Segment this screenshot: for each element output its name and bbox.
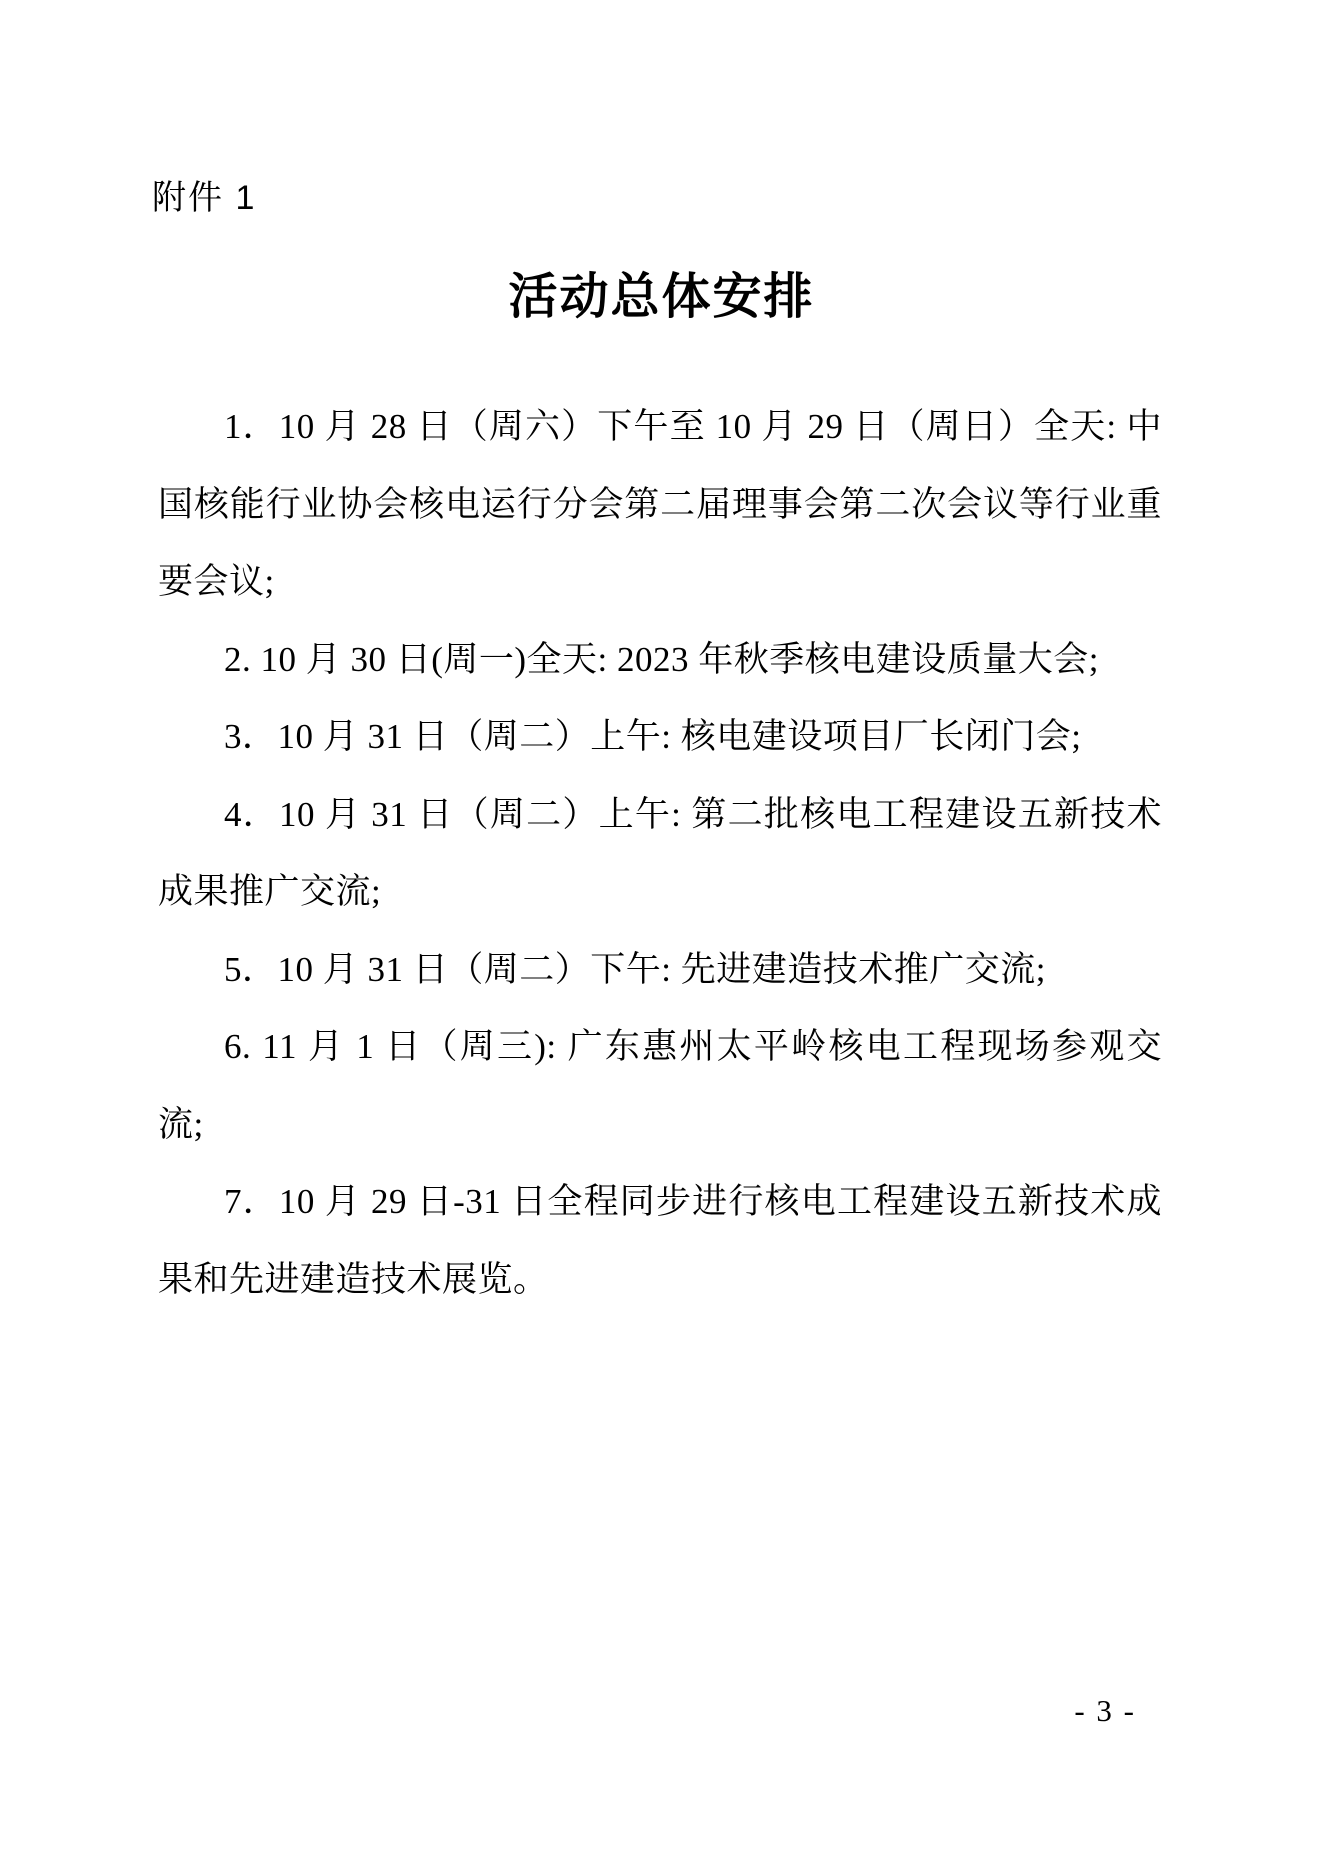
body-paragraph-2: 2. 10 月 30 日(周一)全天: 2023 年秋季核电建设质量大会; (158, 621, 1162, 699)
page-number: - 3 - (1074, 1693, 1136, 1729)
page-title: 活动总体安排 (0, 258, 1323, 328)
document-page: 附件 1 活动总体安排 1．10 月 28 日（周六）下午至 10 月 29 日… (0, 0, 1323, 1871)
body-paragraph-6: 6. 11 月 1 日（周三): 广东惠州太平岭核电工程现场参观交流; (158, 1008, 1162, 1163)
document-body: 1．10 月 28 日（周六）下午至 10 月 29 日（周日）全天: 中国核能… (158, 388, 1162, 1318)
body-paragraph-7: 7．10 月 29 日-31 日全程同步进行核电工程建设五新技术成果和先进建造技… (158, 1163, 1162, 1318)
body-paragraph-1: 1．10 月 28 日（周六）下午至 10 月 29 日（周日）全天: 中国核能… (158, 388, 1162, 621)
body-paragraph-3: 3．10 月 31 日（周二）上午: 核电建设项目厂长闭门会; (158, 698, 1162, 776)
body-paragraph-4: 4．10 月 31 日（周二）上午: 第二批核电工程建设五新技术成果推广交流; (158, 776, 1162, 931)
body-paragraph-5: 5．10 月 31 日（周二）下午: 先进建造技术推广交流; (158, 931, 1162, 1009)
attachment-label: 附件 1 (152, 170, 256, 219)
